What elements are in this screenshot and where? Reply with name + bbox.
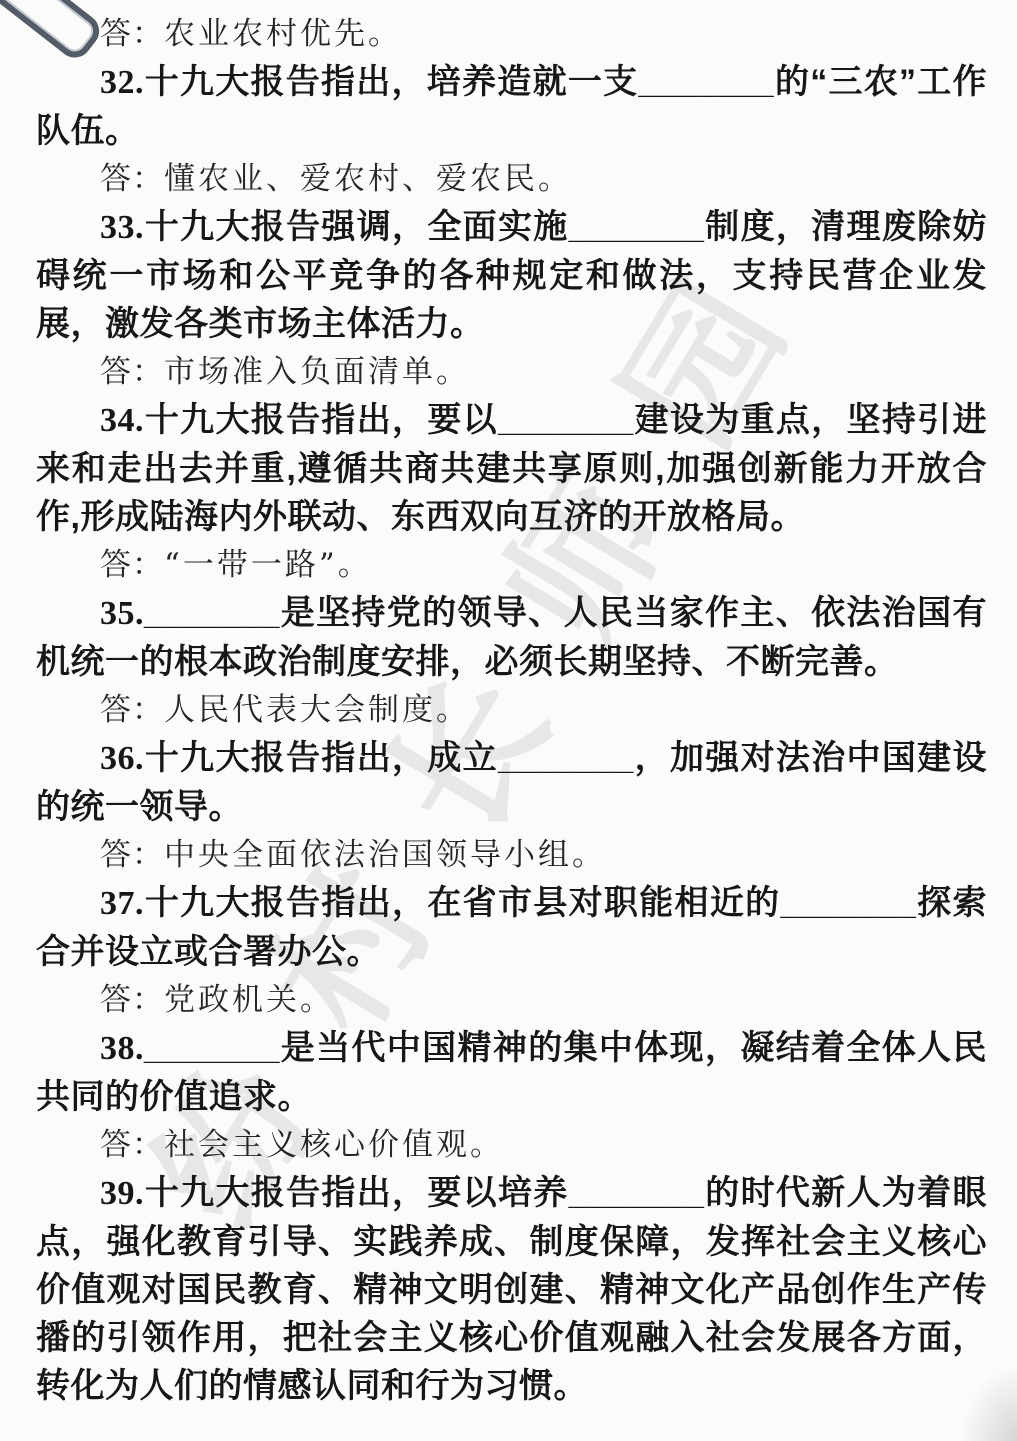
answer-label: 答：: [100, 16, 164, 52]
document-page: 纷村长师园 答：农业农村优先。 32.十九大报告指出，培养造就一支_______…: [0, 0, 1017, 1441]
question-number: 32.: [100, 64, 144, 101]
answer-paragraph: 答：市场准入负面清单。: [36, 348, 987, 396]
question-number: 37.: [100, 885, 144, 922]
answer-text: 社会主义核心价值观。: [164, 1127, 504, 1163]
quiz-content: 答：农业农村优先。 32.十九大报告指出，培养造就一支_______的“三农”工…: [0, 0, 1017, 1410]
question-text: _______是坚持党的领导、人民当家作主、依法治国有机统一的根本政治制度安排，…: [36, 594, 987, 681]
answer-paragraph: 答：懂农业、爱农村、爱农民。: [36, 155, 987, 203]
question-text: 十九大报告指出，在省市县对职能相近的_______探索合并设立或合署办公。: [36, 884, 987, 971]
answer-label: 答：: [100, 837, 164, 873]
question-paragraph: 33.十九大报告强调，全面实施_______制度，清理废除妨碍统一市场和公平竞争…: [36, 203, 987, 348]
answer-text: 中央全面依法治国领导小组。: [164, 837, 606, 873]
answer-label: 答：: [100, 982, 164, 1018]
answer-paragraph: 答：中央全面依法治国领导小组。: [36, 831, 987, 879]
question-number: 34.: [100, 402, 144, 439]
answer-text: 农业农村优先。: [164, 16, 402, 52]
question-number: 35.: [100, 595, 144, 632]
answer-label: 答：: [100, 161, 164, 197]
question-text: _______是当代中国精神的集中体现，凝结着全体人民共同的价值追求。: [36, 1029, 987, 1116]
question-paragraph: 36.十九大报告指出，成立_______，加强对法治中国建设的统一领导。: [36, 734, 987, 831]
answer-paragraph: 答：“一带一路”。: [36, 541, 987, 589]
answer-paragraph: 答：社会主义核心价值观。: [36, 1121, 987, 1169]
page-corner-shadow: [957, 1361, 1017, 1441]
answer-paragraph: 答：农业农村优先。: [36, 10, 987, 58]
answer-text: “一带一路”。: [164, 547, 372, 583]
answer-paragraph: 答：党政机关。: [36, 976, 987, 1024]
answer-text: 懂农业、爱农村、爱农民。: [164, 161, 572, 197]
question-paragraph: 38._______是当代中国精神的集中体现，凝结着全体人民共同的价值追求。: [36, 1024, 987, 1121]
answer-label: 答：: [100, 1127, 164, 1163]
question-paragraph: 39.十九大报告指出，要以培养_______的时代新人为着眼点，强化教育引导、实…: [36, 1169, 987, 1410]
answer-text: 党政机关。: [164, 982, 334, 1018]
question-text: 十九大报告指出，成立_______，加强对法治中国建设的统一领导。: [36, 739, 987, 826]
question-paragraph: 34.十九大报告指出，要以_______建设为重点，坚持引进来和走出去并重,遵循…: [36, 396, 987, 541]
answer-paragraph: 答：人民代表大会制度。: [36, 686, 987, 734]
question-text: 十九大报告指出，培养造就一支_______的“三农”工作队伍。: [36, 63, 987, 150]
question-number: 36.: [100, 740, 144, 777]
question-number: 33.: [100, 209, 144, 246]
answer-text: 人民代表大会制度。: [164, 692, 470, 728]
question-number: 38.: [100, 1030, 144, 1067]
answer-label: 答：: [100, 354, 164, 390]
answer-label: 答：: [100, 692, 164, 728]
question-text: 十九大报告指出，要以_______建设为重点，坚持引进来和走出去并重,遵循共商共…: [36, 401, 987, 536]
answer-text: 市场准入负面清单。: [164, 354, 470, 390]
question-paragraph: 35._______是坚持党的领导、人民当家作主、依法治国有机统一的根本政治制度…: [36, 589, 987, 686]
question-paragraph: 32.十九大报告指出，培养造就一支_______的“三农”工作队伍。: [36, 58, 987, 155]
question-text: 十九大报告指出，要以培养_______的时代新人为着眼点，强化教育引导、实践养成…: [36, 1174, 987, 1405]
question-paragraph: 37.十九大报告指出，在省市县对职能相近的_______探索合并设立或合署办公。: [36, 879, 987, 976]
question-text: 十九大报告强调，全面实施_______制度，清理废除妨碍统一市场和公平竞争的各种…: [36, 208, 987, 343]
qa-list: 32.十九大报告指出，培养造就一支_______的“三农”工作队伍。答：懂农业、…: [36, 58, 987, 1410]
question-number: 39.: [100, 1175, 144, 1212]
answer-label: 答：: [100, 547, 164, 583]
